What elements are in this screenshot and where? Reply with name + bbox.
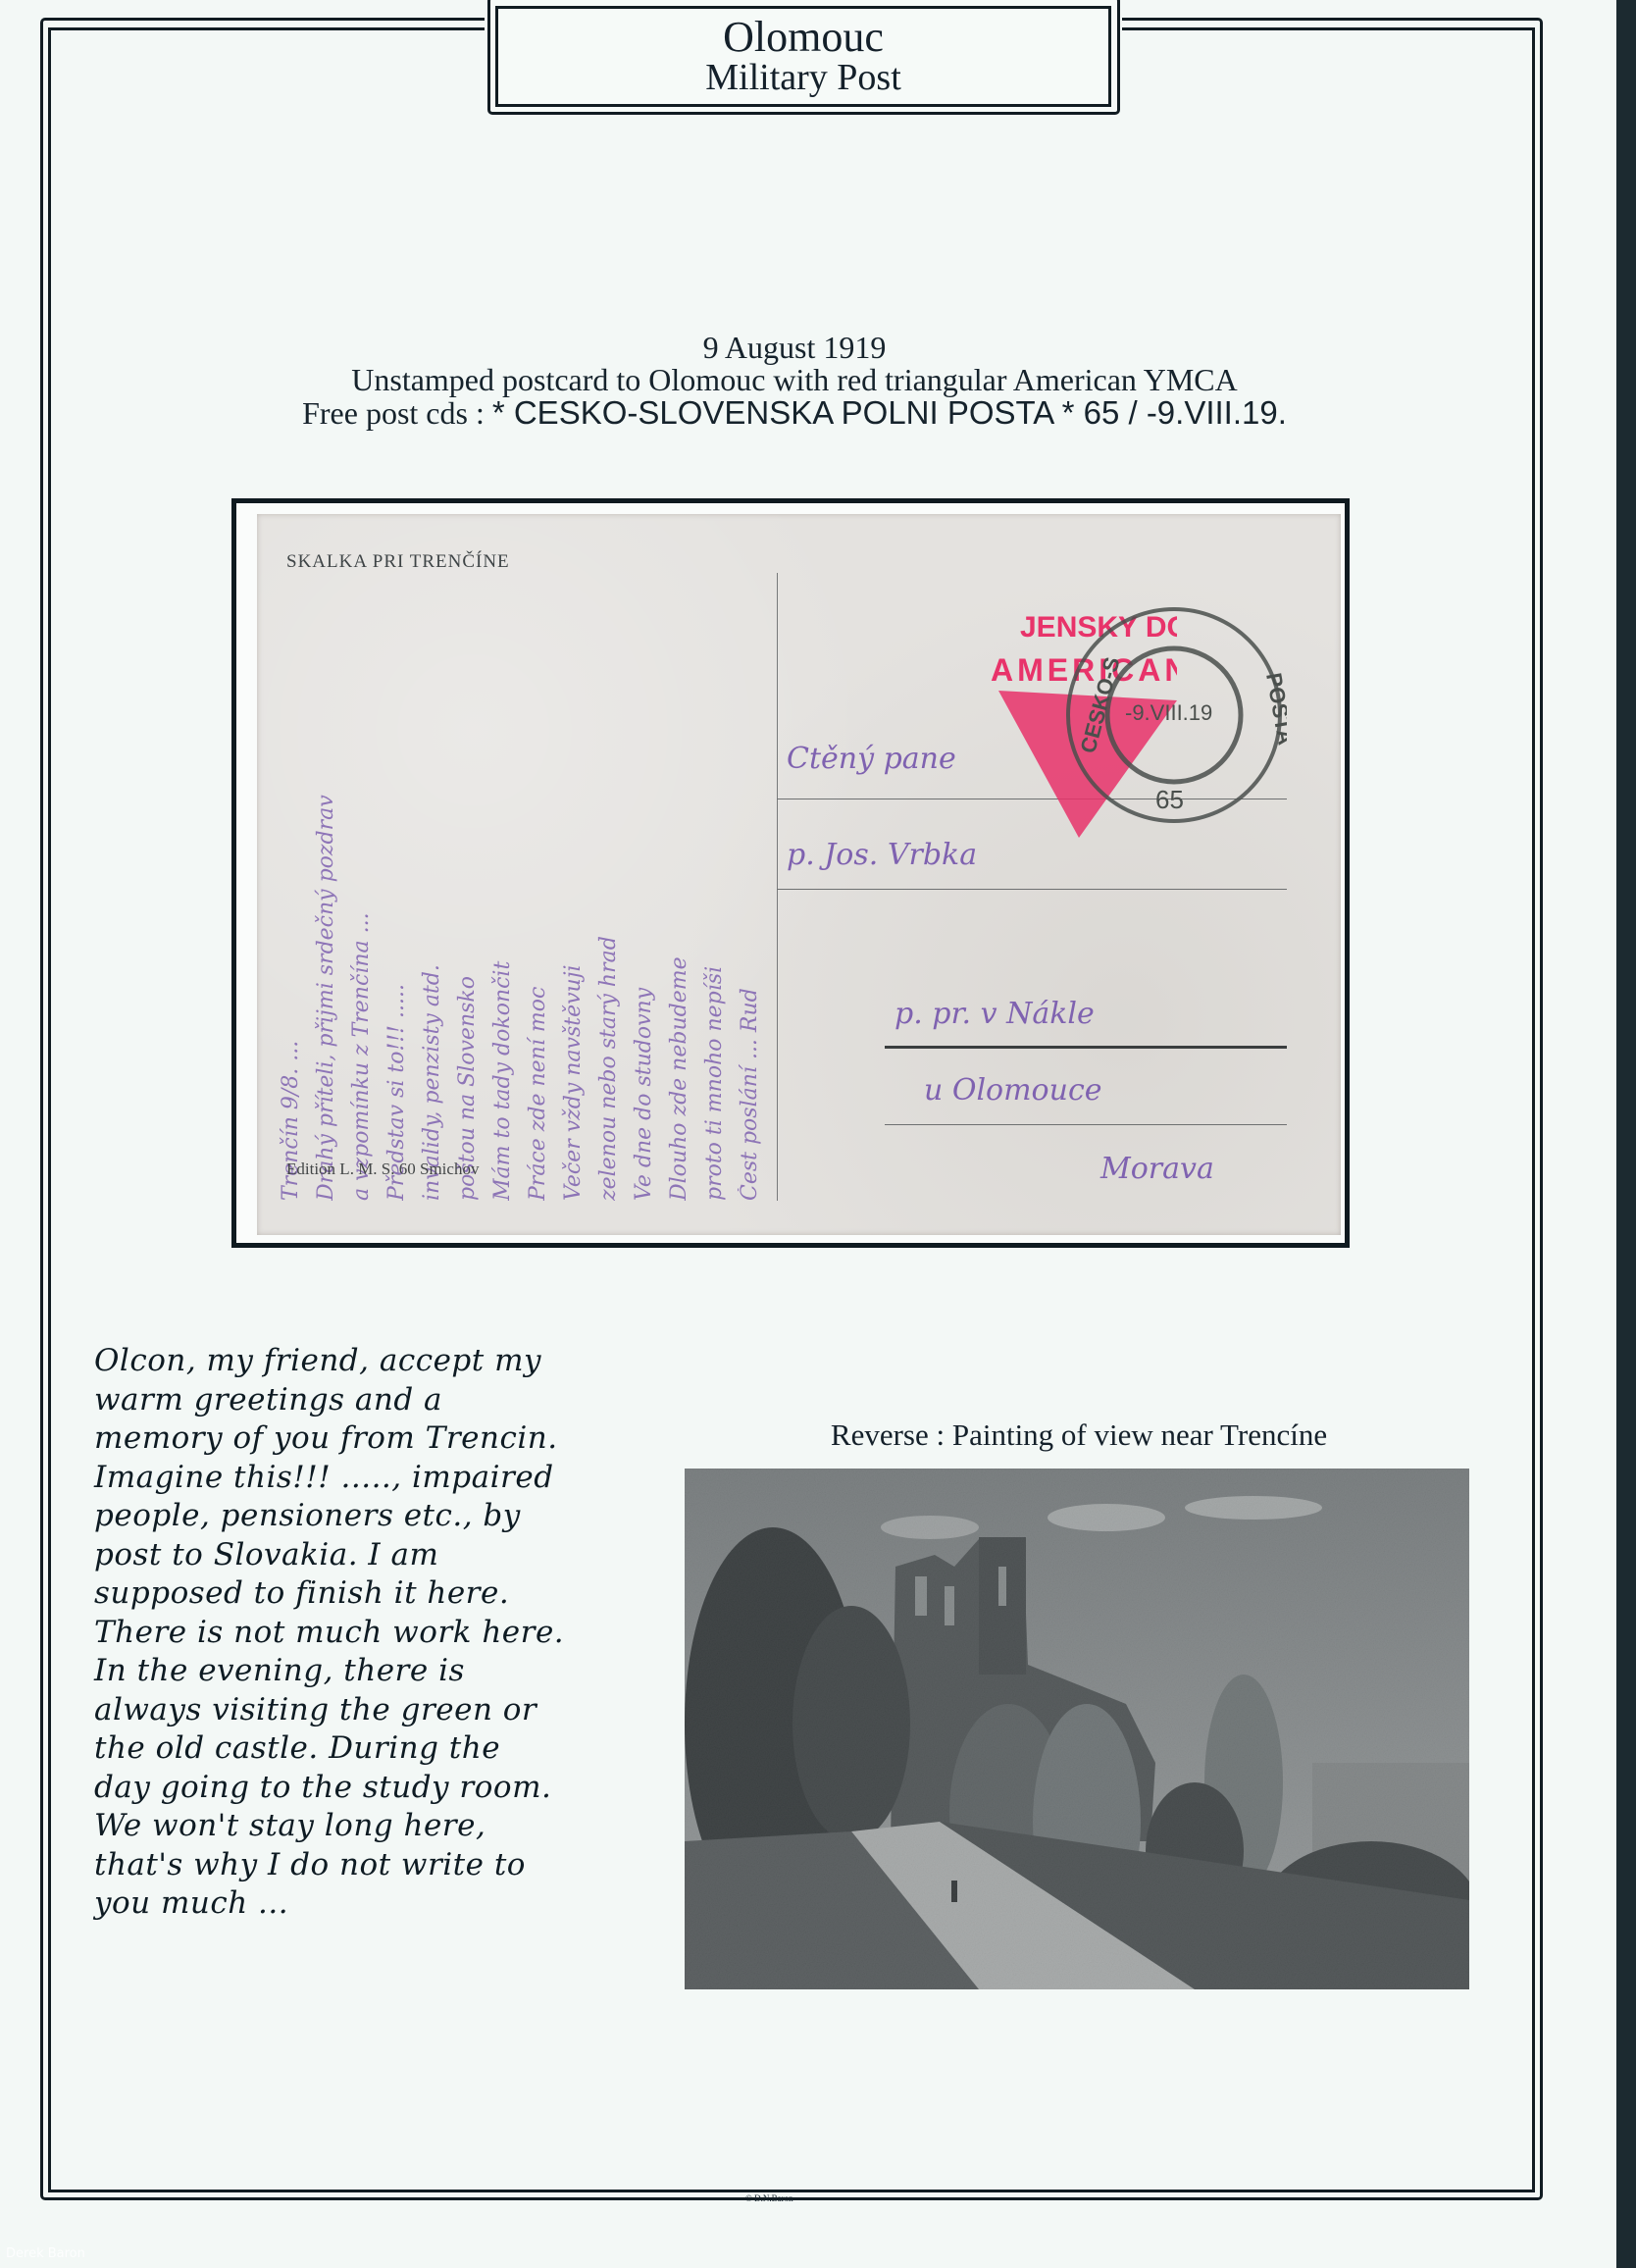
translation-line: Imagine this!!! ....., impaired — [94, 1459, 643, 1498]
address-line-1: Ctěný pane — [787, 742, 956, 776]
translation-line: In the evening, there is — [94, 1652, 643, 1691]
reverse-painting-image — [685, 1469, 1469, 1989]
translation-line: people, pensioners etc., by — [94, 1497, 643, 1536]
message-column: Trenčín 9/8. ... — [279, 553, 304, 1201]
translation-line: that's why I do not write to — [94, 1846, 643, 1885]
address-line-3: p. pr. v Nákle — [895, 997, 1095, 1031]
translation-line: warm greetings and a — [94, 1381, 643, 1420]
caption-date: 9 August 1919 — [196, 331, 1393, 364]
page-title: Olomouc Military Post — [495, 6, 1111, 107]
postcard-front: SKALKA PRI TRENČÍNE Trenčín 9/8. ...Drah… — [257, 514, 1341, 1235]
translation-line: the old castle. During the — [94, 1729, 643, 1769]
reverse-caption: Reverse : Painting of view near Trencíne — [687, 1417, 1471, 1453]
translation-line: post to Slovakia. I am — [94, 1536, 643, 1575]
message-column: Čest poslání ... Rud — [738, 553, 763, 1201]
message-column: Večer vždy navštěvuji — [561, 553, 587, 1201]
translation-line: memory of you from Trencin. — [94, 1419, 643, 1459]
svg-text:-9.VIII.19: -9.VIII.19 — [1125, 700, 1212, 725]
caption-cds-text: * CESKO-SLOVENSKA POLNI POSTA * 65 / -9.… — [492, 394, 1287, 431]
message-column: Ve dne do studovny — [632, 553, 657, 1201]
copyright-notice: © D.N.Baron — [745, 2193, 793, 2203]
caption-cds: Free post cds : * CESKO-SLOVENSKA POLNI … — [196, 396, 1393, 430]
svg-text:65: 65 — [1155, 785, 1184, 814]
translation-line: We won't stay long here, — [94, 1807, 643, 1846]
watermark: Derek Baron — [6, 2246, 85, 2261]
address-line-4: u Olomouce — [924, 1073, 1102, 1108]
translation-line: you much ... — [94, 1884, 643, 1924]
message-column: Dlouho zde nebudeme — [667, 553, 692, 1201]
address-rule — [777, 889, 1287, 890]
svg-text:CESKO-S: CESKO-S — [1075, 654, 1124, 755]
address-line-5: Morava — [1100, 1152, 1214, 1186]
address-line-2: p. Jos. Vrbka — [787, 838, 977, 872]
message-column: invalidy, penzisty atd. — [420, 553, 445, 1201]
cds-postmark: -9.VIII.19 65 CESKO-S POSTA — [1061, 602, 1287, 828]
address-rule — [885, 1124, 1287, 1125]
message-column: proto ti mnoho nepíši — [702, 553, 728, 1201]
message-column: Práce zde není moc — [526, 553, 551, 1201]
address-rule — [885, 1046, 1287, 1049]
postcard-printed-edition: Edition L. M. S. 60 Smichov — [286, 1160, 479, 1179]
title-subject: Military Post — [705, 58, 901, 97]
caption-cds-prefix: Free post cds : — [302, 395, 492, 431]
message-column: Drahý příteli, přijmi srdečný pozdrav — [314, 553, 339, 1201]
message-translation: Olcon, my friend, accept mywarm greeting… — [94, 1342, 643, 1924]
translation-line: day going to the study room. — [94, 1769, 643, 1808]
message-column: Mám to tady dokončit — [490, 553, 516, 1201]
postcard-divider — [777, 573, 778, 1201]
message-column: poštou na Slovensko — [455, 553, 481, 1201]
scan-edge-strip — [1616, 0, 1636, 2268]
message-column: zelenou nebo starý hrad — [596, 553, 622, 1201]
caption-description: Unstamped postcard to Olomouc with red t… — [196, 363, 1393, 396]
message-column: Představ si to!!! ..... — [384, 553, 410, 1201]
message-column: a vzpomínku z Trenčína ... — [349, 553, 375, 1201]
translation-line: Olcon, my friend, accept my — [94, 1342, 643, 1381]
svg-text:POSTA: POSTA — [1261, 671, 1287, 747]
translation-line: supposed to finish it here. — [94, 1574, 643, 1614]
translation-line: There is not much work here. — [94, 1614, 643, 1653]
translation-line: always visiting the green or — [94, 1691, 643, 1730]
title-city: Olomouc — [723, 17, 884, 58]
